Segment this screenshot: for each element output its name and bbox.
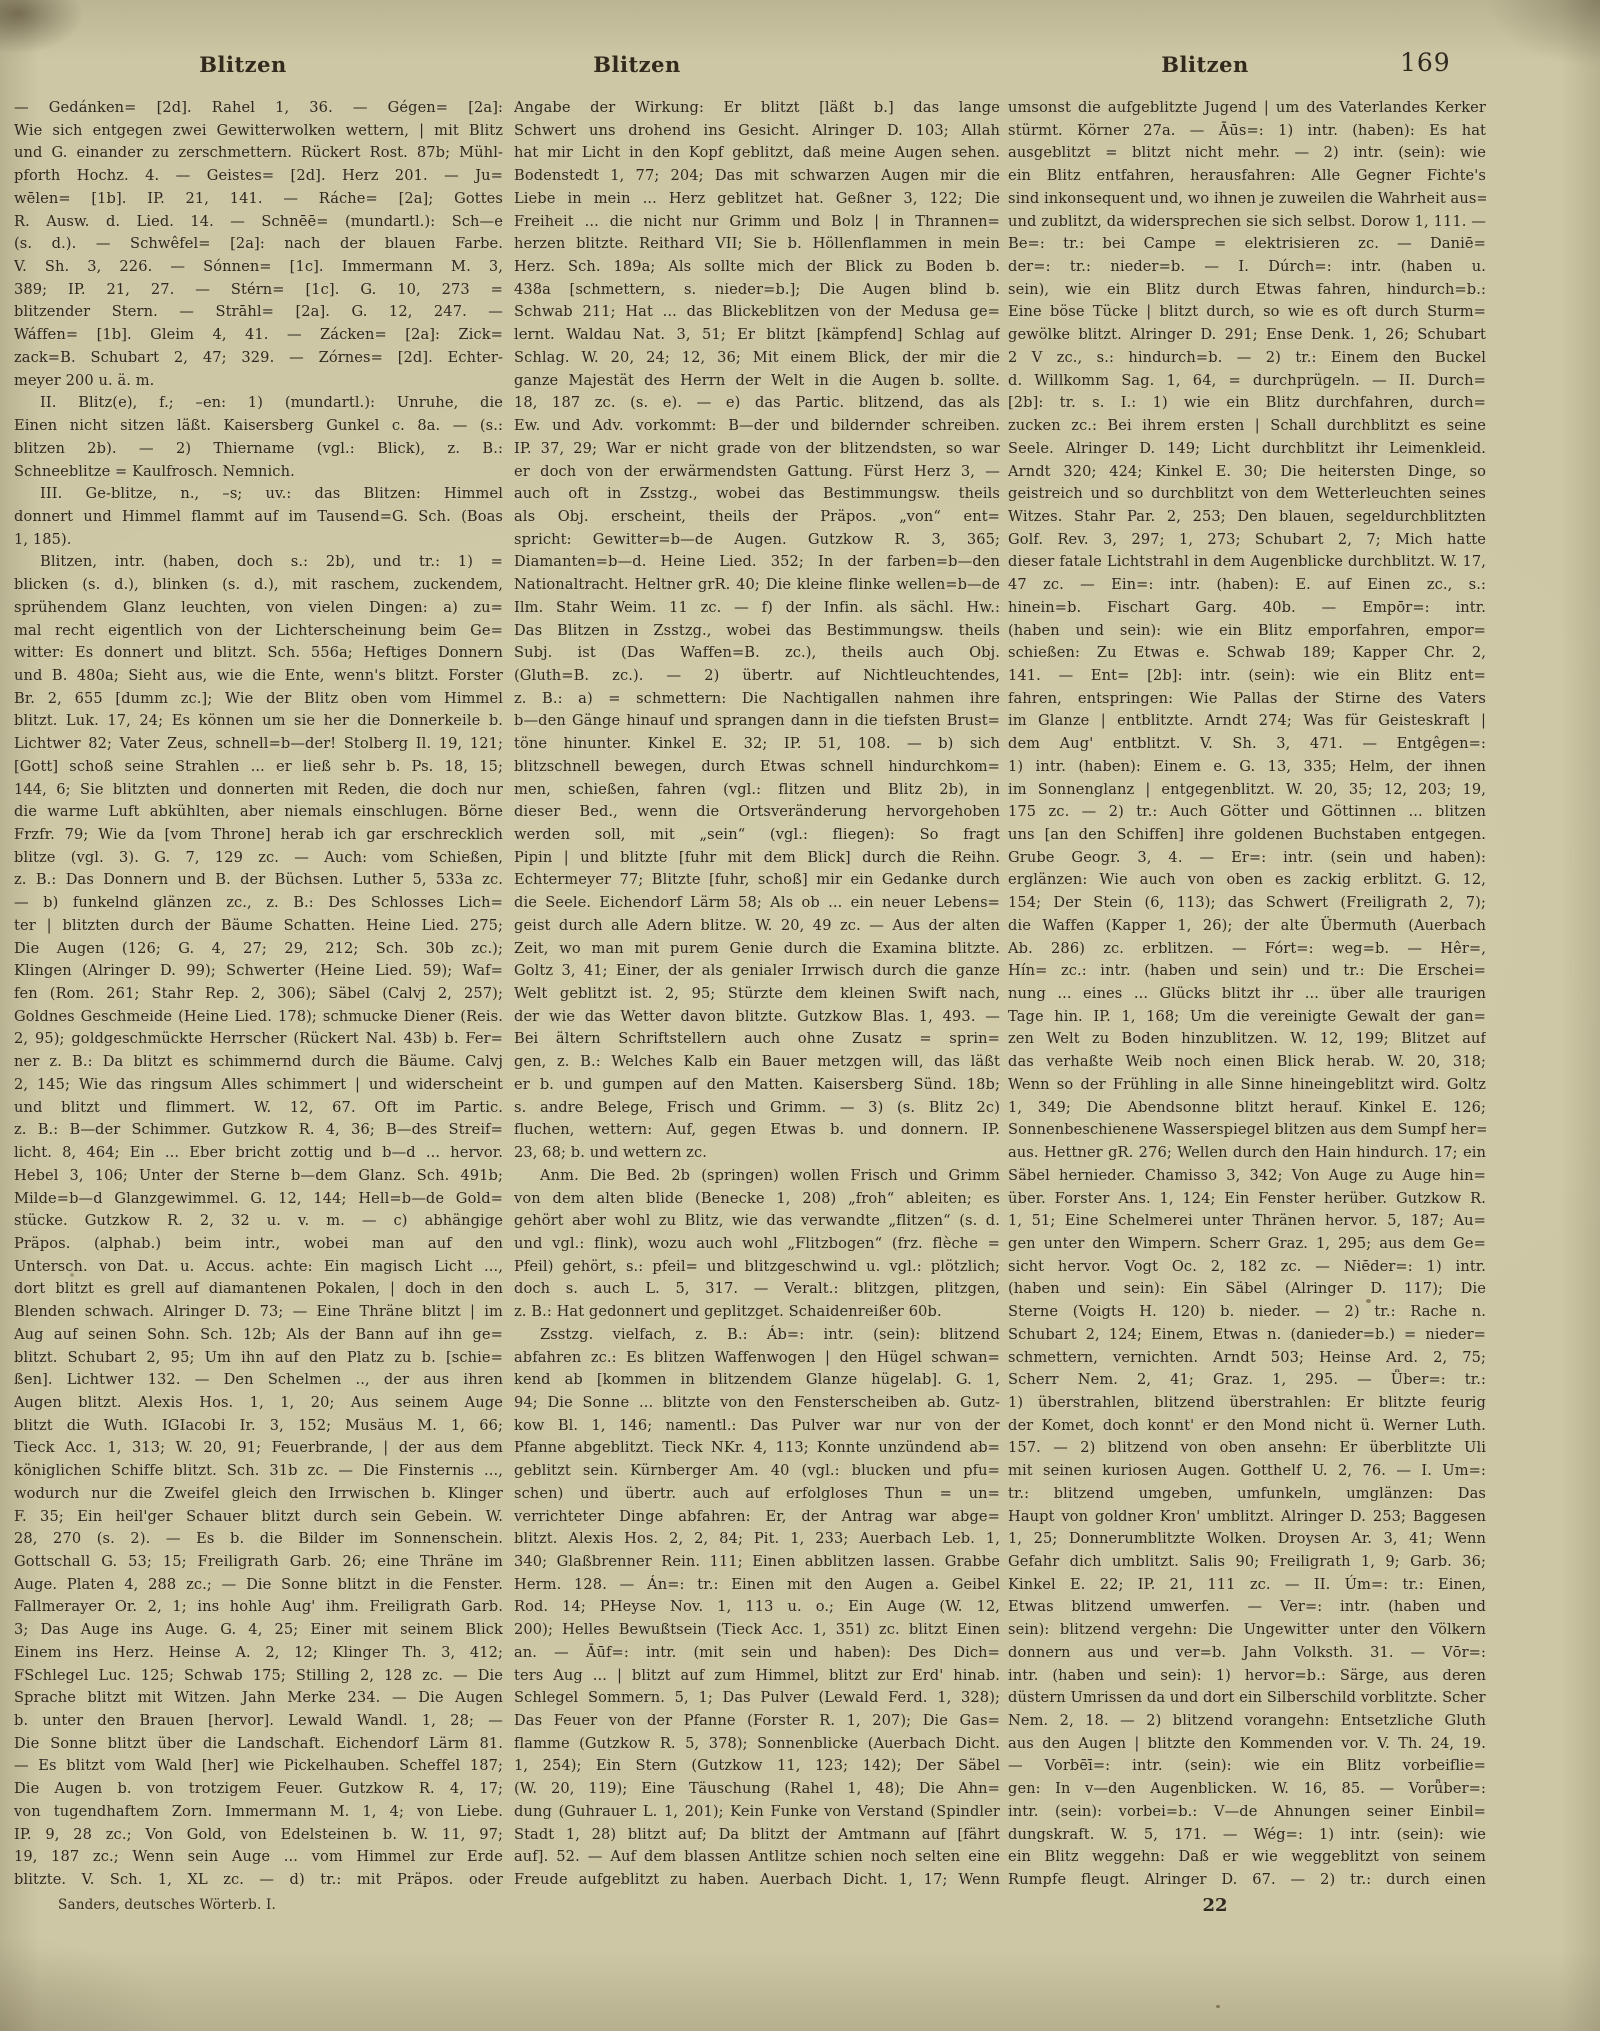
text-line: ausgeblitzt = blitzt nicht mehr. — 2) in… [1008,142,1486,165]
text-line: gen, z. B.: Welches Kalb ein Bauer metzg… [514,1051,1000,1074]
text-line: Aug auf seinen Sohn. Sch. 12b; Als der B… [14,1324,503,1347]
text-line: schießen: Zu Etwas e. Schwab 189; Kapper… [1008,642,1486,665]
text-line: tr.: blitzend umgeben, umfunkeln, umglän… [1008,1483,1486,1506]
text-line: meyer 200 u. ä. m. [14,370,503,393]
text-line: Wie sich entgegen zwei Gewitterwolken we… [14,120,503,143]
text-line: blitze (vgl. 3). G. 7, 129 zc. — Auch: v… [14,847,503,870]
text-line: dieser Bed., wenn die Ortsveränderung he… [514,801,1000,824]
text-line: — Es blitzt vom Wald [her] wie Pickelhau… [14,1755,503,1778]
text-line: die Waffen (Kapper 1, 26); der alte Über… [1008,915,1486,938]
text-line: der Komet, doch konnt' er den Mond nicht… [1008,1415,1486,1438]
text-line: dungskraft. W. 5, 171. — Wég=: 1) intr. … [1008,1824,1486,1847]
text-line: 28, 270 (s. 2). — Es b. die Bilder im So… [14,1528,503,1551]
text-line: z. B.: Hat gedonnert und geplitzget. Sch… [514,1301,1000,1324]
text-line: Ab. 286) zc. erblitzen. — Fórt=: weg=b. … [1008,938,1486,961]
text-line: spricht: Gewitter=b—de Augen. Gutzkow R.… [514,529,1000,552]
text-line: dem Aug' entblitzt. V. Sh. 3, 471. — Ent… [1008,733,1486,756]
running-head-center: Blitzen [593,52,680,77]
text-line: Zsstzg. vielfach, z. B.: Áb=: intr. (sei… [514,1324,1000,1347]
text-line: blitzt. Luk. 17, 24; Es können um sie he… [14,710,503,733]
text-line: Lichtwer 82; Vater Zeus, schnell=b—der! … [14,733,503,756]
text-line: Präpos. (alphab.) beim intr., wobei man … [14,1233,503,1256]
text-line: ter | blitzten durch der Bäume Schatten.… [14,915,503,938]
text-line: witter: Es donnert und blitzt. Sch. 556a… [14,642,503,665]
text-line: Pfanne abgeblitzt. Tieck NKr. 4, 113; Ko… [514,1437,1000,1460]
text-line: 23, 68; b. und wettern zc. [514,1142,1000,1165]
text-line: Freiheit ... die nicht nur Grimm und Bol… [514,211,1000,234]
text-line: nung ... eines ... Glücks blitzt ihr ...… [1008,983,1486,1006]
text-line: Hebel 3, 106; Unter der Sterne b—dem Gla… [14,1165,503,1188]
text-line: dieser fatale Lichtstrahl in dem Augenbl… [1008,551,1486,574]
text-line: 1, 51; Eine Schelmerei unter Thränen her… [1008,1210,1486,1233]
text-line: zack=B. Schubart 2, 47; 329. — Zórnes= [… [14,347,503,370]
text-line: an. — Āūf=: intr. (mit sein und haben): … [514,1642,1000,1665]
text-line: und vgl.: flink), wozu auch wohl „Flitzb… [514,1233,1000,1256]
text-line: ein Blitz weggehn: Daß er wie weggeblitz… [1008,1846,1486,1869]
text-line: 157. — 2) blitzend von oben ansehn: Er ü… [1008,1437,1486,1460]
text-line: im Glanze | entblitzte. Arndt 274; Was f… [1008,710,1486,733]
text-line: Goldnes Geschmeide (Heine Lied. 178); sc… [14,1006,503,1029]
text-line: 200); Helles Bewußtsein (Tieck Acc. 1, 3… [514,1619,1000,1642]
text-line: 175 zc. — 2) tr.: Auch Götter und Göttin… [1008,801,1486,824]
text-line: er b. und gumpen auf den Matten. Kaisers… [514,1074,1000,1097]
text-column-1: — Gedánken= [2d]. Rahel 1, 36. — Gégen= … [14,97,503,1892]
text-line: Ilm. Stahr Weim. 11 zc. — f) der Infin. … [514,597,1000,620]
text-line: schmettern, vernichten. Arndt 503; Heins… [1008,1347,1486,1370]
text-line: Seele. Alringer D. 149; Licht durchblitz… [1008,438,1486,461]
text-line: Nem. 2, 18. — 2) blitzend vorangehn: Ent… [1008,1710,1486,1733]
text-line: Angabe der Wirkung: Er blitzt [läßt b.] … [514,97,1000,120]
text-line: (Gluth=B. zc.). — 2) übertr. auf Nichtle… [514,665,1000,688]
text-line: [Gott] schoß seine Strahlen ... er ließ … [14,756,503,779]
text-line: mal recht eigentlich von der Lichtersche… [14,620,503,643]
text-line: Stadt 1, 28) blitzt auf; Da blitzt der A… [514,1824,1000,1847]
text-line: Schwert uns drohend ins Gesicht. Alringe… [514,120,1000,143]
text-line: fluchen, wettern: Auf, gegen Etwas b. un… [514,1119,1000,1142]
text-line: die warme Luft abkühlten, aber niemals e… [14,801,503,824]
text-line: Die Sonne blitzt über die Landschaft. Ei… [14,1733,503,1756]
text-line: hinein=b. Fischart Garg. 40b. — Empōr=: … [1008,597,1486,620]
text-line: Schlegel Sommern. 5, 1; Das Pulver (Lewa… [514,1687,1000,1710]
text-line: blitzt die Wuth. IGIacobi Ir. 3, 152; Mu… [14,1415,503,1438]
text-line: Scherr Nem. 2, 41; Graz. 1, 295. — Ǖber=… [1008,1369,1486,1392]
text-line: Pipin | und blitzte [fuhr mit dem Blick]… [514,847,1000,870]
text-line: die Seele. Eichendorf Lärm 58; Als ob ..… [514,892,1000,915]
text-line: donnern aus und ver=b. Jahn Volksth. 31.… [1008,1642,1486,1665]
text-line: men, schießen, fahren (vgl.: flitzen und… [514,779,1000,802]
text-line: fen (Rom. 261; Stahr Rep. 2, 306); Säbel… [14,983,503,1006]
text-line: intr. (haben und sein): 1) hervor=b.: Sä… [1008,1665,1486,1688]
text-line: über. Forster Ans. 1, 124; Ein Fenster h… [1008,1188,1486,1211]
text-line: Rod. 14; PHeyse Nov. 1, 113 u. o.; Ein A… [514,1596,1000,1619]
text-line: Rumpfe fleugt. Alringer D. 67. — 2) tr.:… [1008,1869,1486,1892]
text-line: ßen]. Lichtwer 132. — Den Schelmen .., d… [14,1369,503,1392]
text-line: Liebe in mein ... Herz geblitzet hat. Ge… [514,188,1000,211]
text-line: Goltz 3, 41; Einer, der als genialer Irr… [514,960,1000,983]
text-line: ner z. B.: Da blitzt es schimmernd durch… [14,1051,503,1074]
text-line: Welt geblitzt ist. 2, 95; Stürzte dem kl… [514,983,1000,1006]
text-line: töne hinunter. Kinkel E. 32; IP. 51, 108… [514,733,1000,756]
text-line: b—den Gänge hinauf und sprangen dann in … [514,710,1000,733]
text-line: 144, 6; Sie blitzten und donnerten mit R… [14,779,503,802]
text-line: Haupt von goldner Kron' umblitzt. Alring… [1008,1506,1486,1529]
text-line: 141. — Ent= [2b]: intr. (sein): wie ein … [1008,665,1486,688]
text-line: Grube Geogr. 3, 4. — Er=: intr. (sein un… [1008,847,1486,870]
text-line: auch oft in Zsstzg., wobei das Bestimmun… [514,483,1000,506]
text-line: Auge. Platen 4, 288 zc.; — Die Sonne bli… [14,1574,503,1597]
text-line: Subj. ist (Das Waffen=B. zc.), theils au… [514,642,1000,665]
text-line: Sterne (Voigts H. 120) b. nieder. — 2) t… [1008,1301,1486,1324]
text-line: Be=: tr.: bei Campe = elektrisieren zc. … [1008,233,1486,256]
text-line: Pfeil) gehört, s.: pfeil= und blitzgesch… [514,1256,1000,1279]
text-line: und G. einander zu zerschmettern. Rücker… [14,142,503,165]
text-line: Tage hin. IP. 1, 168; Um die vereinigte … [1008,1006,1486,1029]
text-line: Säbel hernieder. Chamisso 3, 342; Von Au… [1008,1165,1486,1188]
text-line: uns [an den Schiffen] ihre goldenen Buch… [1008,824,1486,847]
text-line: Wenn so der Frühling in alle Sinne hinei… [1008,1074,1486,1097]
text-line: (s. d.). — Schwêfel= [2a]: nach der blau… [14,233,503,256]
sheet-number: 22 [1202,1895,1227,1916]
text-line: blicken (s. d.), blinken (s. d.), mit ra… [14,574,503,597]
text-line: er doch von der erwärmendsten Gattung. F… [514,461,1000,484]
text-line: Golf. Rev. 3, 297; 1, 273; Schubart 2, 7… [1008,529,1486,552]
text-line: geist durch alle Adern blitze. W. 20, 49… [514,915,1000,938]
text-line: doch s. auch L. 5, 317. — Veralt.: blitz… [514,1278,1000,1301]
text-line: 47 zc. — Ein=: intr. (haben): E. auf Ein… [1008,574,1486,597]
text-line: Fallmerayer Or. 2, 1; ins hohle Aug' ihm… [14,1596,503,1619]
text-line: das verhaßte Weib noch einen Blick herab… [1008,1051,1486,1074]
text-line: sprühendem Glanz leuchten, von vielen Di… [14,597,503,620]
text-line: — b) funkelnd glänzen zc., z. B.: Des Sc… [14,892,503,915]
text-line: Blitzen, intr. (haben, doch s.: 2b), und… [14,551,503,574]
text-line: sicht hervor. Vogt Oc. 2, 182 zc. — Niēd… [1008,1256,1486,1279]
text-line: Blenden schwach. Alringer D. 73; — Eine … [14,1301,503,1324]
text-line: Kinkel E. 22; IP. 21, 111 zc. — II. Úm=:… [1008,1574,1486,1597]
text-line: 1) intr. (haben): Einem e. G. 13, 335; H… [1008,756,1486,779]
text-line: lernt. Waldau Nat. 3, 51; Er blitzt [käm… [514,324,1000,347]
text-line: gen unter den Wimpern. Scherr Graz. 1, 2… [1008,1233,1486,1256]
text-line: königlichen Schiffe blitzt. Sch. 31b zc.… [14,1460,503,1483]
text-line: Ew. und Adv. vorkommt: B—der und bildern… [514,415,1000,438]
text-line: umsonst die aufgeblitzte Jugend | um des… [1008,97,1486,120]
text-line: Nationaltracht. Heltner grR. 40; Die kle… [514,574,1000,597]
text-line: aus den Augen | blitzte den Kommenden vo… [1008,1733,1486,1756]
text-line: pforth Hochz. 4. — Geistes= [2d]. Herz 2… [14,165,503,188]
text-line: 389; IP. 21, 27. — Stérn= [1c]. G. 10, 2… [14,279,503,302]
text-line: auf]. 52. — Auf dem blassen Antlitze sch… [514,1846,1000,1869]
text-line: 438a [schmettern, s. nieder=b.]; Die Aug… [514,279,1000,302]
text-line: Frzfr. 79; Wie da [vom Throne] herab ich… [14,824,503,847]
text-line: (W. 20, 119); Eine Täuschung (Rahel 1, 4… [514,1778,1000,1801]
text-line: 2, 95); goldgeschmückte Herrscher (Rücke… [14,1028,503,1051]
text-line: abfahren zc.: Es blitzen Waffenwogen | d… [514,1347,1000,1370]
text-line: 18, 187 zc. (s. e). — e) das Partic. bli… [514,392,1000,415]
text-line: intr. (sein): vorbei=b.: V—de Ahnungen s… [1008,1801,1486,1824]
text-line: Die Augen (126; G. 4, 27; 29, 212; Sch. … [14,938,503,961]
text-line: werden soll, mit „sein“ (vgl.: fliegen):… [514,824,1000,847]
text-line: 94; Die Sonne ... blitzte von den Fenste… [514,1392,1000,1415]
text-line: III. Ge-blitze, n., –s; uv.: das Blitzen… [14,483,503,506]
text-line: Zeit, wo man mit purem Genie durch die E… [514,938,1000,961]
text-line: sein), wie ein Blitz durch Etwas fahren,… [1008,279,1486,302]
text-line: blitzte. V. Sch. 1, XL zc. — d) tr.: mit… [14,1869,503,1892]
text-line: Die Augen b. von trotzigem Feuer. Gutzko… [14,1778,503,1801]
text-line: Diamanten=b—d. Heine Lied. 352; In der f… [514,551,1000,574]
text-line: Schneeblitze = Kaulfrosch. Nemnich. [14,461,503,484]
text-line: stürmt. Körner 27a. — Āūs=: 1) intr. (ha… [1008,120,1486,143]
text-line: Augen blitzt. Alexis Hos. 1, 1, 20; Aus … [14,1392,503,1415]
text-line: R. Ausw. d. Lied. 14. — Schnēē= (mundart… [14,211,503,234]
text-line: 3; Das Auge ins Auge. G. 4, 25; Einer mi… [14,1619,503,1642]
text-line: d. Willkomm Sag. 1, 64, = durchprügeln. … [1008,370,1486,393]
text-line: wēlen= [1b]. IP. 21, 141. — Ráche= [2a];… [14,188,503,211]
text-line: 1, 349; Die Abendsonne blitzt herauf. Ki… [1008,1097,1486,1120]
text-line: aus. Hettner gR. 276; Wellen durch den H… [1008,1142,1486,1165]
text-line: Arndt 320; 424; Kinkel E. 30; Die heiter… [1008,461,1486,484]
text-line: IP. 9, 28 zc.; Von Gold, von Edelsteinen… [14,1824,503,1847]
text-line: und zublitzt, da widersprechen sie sich … [1008,211,1486,234]
text-column-3: umsonst die aufgeblitzte Jugend | um des… [1008,97,1486,1892]
text-line: (haben und sein): Ein Säbel (Alringer D.… [1008,1278,1486,1301]
text-line: geistreich und so durchblitzt von dem We… [1008,483,1486,506]
text-line: z. B.: B—der Schimmer. Gutzkow R. 4, 36;… [14,1119,503,1142]
text-line: FSchlegel Luc. 125; Schwab 175; Stilling… [14,1665,503,1688]
text-line: stücke. Gutzkow R. 2, 32 u. v. m. — c) a… [14,1210,503,1233]
text-line: Br. 2, 655 [dumm zc.]; Wie der Blitz obe… [14,688,503,711]
text-line: IP. 37, 29; War er nicht grade von der b… [514,438,1000,461]
text-line: Eine böse Tücke | blitzt durch, so wie e… [1008,301,1486,324]
page-number: 169 [1400,48,1451,77]
text-line: Untersch. von Dat. u. Accus. achte: Ein … [14,1256,503,1279]
text-line: im Sonnenglanz | entgegenblitzt. W. 20, … [1008,779,1486,802]
text-column-2: Angabe der Wirkung: Er blitzt [läßt b.] … [514,97,1000,1892]
text-line: schen) und übertr. auch auf erfolgloses … [514,1483,1000,1506]
text-line: ein Blitz entfahren, herausfahren: Alle … [1008,165,1486,188]
scan-speck [70,1273,74,1277]
text-line: Gefahr dich umblitzt. Salis 90; Freiligr… [1008,1551,1486,1574]
text-line: 1) überstrahlen, blitzend überstrahlen: … [1008,1392,1486,1415]
text-line: von tugendhaftem Zorn. Immermann M. 1, 4… [14,1801,503,1824]
text-line: 1, 185). [14,529,503,552]
text-line: ters Aug ... | blitzt auf zum Himmel, bl… [514,1665,1000,1688]
text-line: blitzschnell bewegen, durch Etwas schnel… [514,756,1000,779]
text-line: 2 V zc., s.: hindurch=b. — 2) tr.: Einem… [1008,347,1486,370]
text-line: Schwab 211; Hat ... das Blickeblitzen vo… [514,301,1000,324]
text-line: 1, 25; Donnerumblitzte Wolken. Droysen A… [1008,1528,1486,1551]
text-line: — Gedánken= [2d]. Rahel 1, 36. — Gégen= … [14,97,503,120]
scan-speck [1366,1299,1371,1303]
text-line: erglänzen: Wie auch von oben es zackig e… [1008,869,1486,892]
running-head-right: Blitzen [1161,52,1248,77]
text-line: Sonnenbeschienene Wasserspiegel blitzen … [1008,1119,1486,1142]
text-line: Das Blitzen in Zsstzg., wobei das Bestim… [514,620,1000,643]
text-line: gewölke blitzt. Alringer D. 291; Ense De… [1008,324,1486,347]
text-line: düstern Umrissen da und dort ein Silbers… [1008,1687,1486,1710]
text-line: Herz. Sch. 189a; Als sollte mich der Bli… [514,256,1000,279]
text-line: hat mir Licht in den Kopf geblitzt, daß … [514,142,1000,165]
text-line: Schlag. W. 20, 24; 12, 36; Mit einem Bli… [514,347,1000,370]
text-line: von dem alten blide (Benecke 1, 208) „fr… [514,1188,1000,1211]
text-line: zucken zc.: Bei ihrem ersten | Schall du… [1008,415,1486,438]
text-line: (haben und sein): wie ein Blitz emporfah… [1008,620,1486,643]
text-line: herzen blitzte. Reithard VII; Sie b. Höl… [514,233,1000,256]
text-line: Sprache blitzt mit Witzen. Jahn Merke 23… [14,1687,503,1710]
scan-speck [1216,2005,1220,2008]
text-line: 154; Der Stein (6, 113); das Schwert (Fr… [1008,892,1486,915]
text-line: wodurch nur die Zweifel gleich den Irrwi… [14,1483,503,1506]
text-line: Gottschall G. 53; 15; Freiligrath Garb. … [14,1551,503,1574]
text-line: Herm. 128. — Án=: tr.: Einen mit den Aug… [514,1574,1000,1597]
text-line: 2, 145; Wie das ringsum Alles schimmert … [14,1074,503,1097]
text-line: — Vorbēī=: intr. (sein): wie ein Blitz v… [1008,1755,1486,1778]
text-line: sind inkonsequent und, wo ihnen je zuwei… [1008,188,1486,211]
text-line: dung (Guhrauer L. 1, 201); Kein Funke vo… [514,1801,1000,1824]
text-line: flamme (Gutzkow R. 5, 378); Sonnenblicke… [514,1733,1000,1756]
text-line: dort blitzt es grell auf diamantenen Pok… [14,1278,503,1301]
running-head-left: Blitzen [199,52,286,77]
text-line: blitzen 2b). — 2) Thiername (vgl.: Blick… [14,438,503,461]
text-line: Witzes. Stahr Par. 2, 253; Den blauen, s… [1008,506,1486,529]
text-line: als Obj. erscheint, theils der Präpos. „… [514,506,1000,529]
text-line: und B. 480a; Sieht aus, wie die Ente, we… [14,665,503,688]
text-line: und blitzt und flimmert. W. 12, 67. Oft … [14,1097,503,1120]
text-line: kend ab [kommen in blitzendem Glanze hüg… [514,1369,1000,1392]
text-line: gen: In v—den Augenblicken. W. 16, 85. —… [1008,1778,1486,1801]
text-line: [2b]: tr. s. I.: 1) wie ein Blitz durchf… [1008,392,1486,415]
text-line: verrichteter Dinge abfahren: Er, der Ant… [514,1506,1000,1529]
text-line: 1, 254); Ein Stern (Gutzkow 11, 123; 142… [514,1755,1000,1778]
text-line: blitzender Stern. — Strāhl= [2a]. G. 12,… [14,301,503,324]
text-line: geblitzt sein. Kürnberger Am. 40 (vgl.: … [514,1460,1000,1483]
text-line: Bodenstedt 1, 77; 204; Das mit schwarzen… [514,165,1000,188]
text-line: F. 35; Ein heil'ger Schauer blitzt durch… [14,1506,503,1529]
text-line: Hín= zc.: intr. (haben und sein) und tr.… [1008,960,1486,983]
dictionary-page: Blitzen Blitzen Blitzen 169 — Gedánken= … [0,0,1600,2031]
text-line: z. B.: Das Donnern und B. der Büchsen. L… [14,869,503,892]
text-line: Etwas blitzend umwerfen. — Ver=: intr. (… [1008,1596,1486,1619]
text-line: der wie das Wetter davon blitzte. Gutzko… [514,1006,1000,1029]
text-line: der=: tr.: nieder=b. — I. Dúrch=: intr. … [1008,256,1486,279]
text-line: Milde=b—d Glanzgewimmel. G. 12, 144; Hel… [14,1188,503,1211]
text-line: gehört aber wohl zu Blitz, wie das verwa… [514,1210,1000,1233]
text-line: Tieck Acc. 1, 313; W. 20, 91; Feuerbrand… [14,1437,503,1460]
text-line: zen Welt zu Boden hinzublitzen. W. 12, 1… [1008,1028,1486,1051]
text-line: ganze Majestät des Herrn der Welt in die… [514,370,1000,393]
text-line: Schubart 2, 124; Einem, Etwas n. (danied… [1008,1324,1486,1347]
text-line: Das Feuer von der Pfanne (Forster R. 1, … [514,1710,1000,1733]
text-line: 340; Glaßbrenner Rein. 111; Einen abblit… [514,1551,1000,1574]
text-line: Einem ins Herz. Heinse A. 2, 12; Klinger… [14,1642,503,1665]
text-line: kow Bl. 1, 146; namentl.: Das Pulver war… [514,1415,1000,1438]
text-line: licht. 8, 464; Ein ... Eber bricht zotti… [14,1142,503,1165]
text-line: Bei ältern Schriftstellern auch ohne Zus… [514,1028,1000,1051]
text-line: Klingen (Alringer D. 99); Schwerter (Hei… [14,960,503,983]
text-line: z. B.: a) = schmettern: Die Nachtigallen… [514,688,1000,711]
text-line: fahren, entspringen: Wie Pallas der Stir… [1008,688,1486,711]
text-line: s. andre Belege, Frisch und Grimm. — 3) … [514,1097,1000,1120]
text-line: Freude aufgeblitzt zu haben. Auerbach Di… [514,1869,1000,1892]
printer-signature: Sanders, deutsches Wörterb. I. [58,1897,276,1913]
text-line: Wáffen= [1b]. Gleim 4, 41. — Zácken= [2a… [14,324,503,347]
text-line: sein): blitzend vergehn: Die Ungewitter … [1008,1619,1486,1642]
text-line: blitzt. Alexis Hos. 2, 2, 84; Pit. 1, 23… [514,1528,1000,1551]
text-line: donnert und Himmel flammt auf im Tausend… [14,506,503,529]
text-line: blitzt. Schubart 2, 95; Um ihn auf den P… [14,1347,503,1370]
text-line: II. Blitz(e), f.; –en: 1) (mundartl.): U… [14,392,503,415]
text-line: Einen nicht sitzen läßt. Kaisersberg Gun… [14,415,503,438]
text-line: mit seinen kuriosen Augen. Gotthelf U. 2… [1008,1460,1486,1483]
text-line: V. Sh. 3, 226. — Sónnen= [1c]. Immermann… [14,256,503,279]
text-line: Anm. Die Bed. 2b (springen) wollen Frisc… [514,1165,1000,1188]
text-line: Echtermeyer 77; Blitzte [fuhr, schoß] mi… [514,869,1000,892]
text-line: b. unter den Brauen [hervor]. Lewald Wan… [14,1710,503,1733]
text-line: 19, 187 zc.; Wenn sein Auge ... vom Himm… [14,1846,503,1869]
